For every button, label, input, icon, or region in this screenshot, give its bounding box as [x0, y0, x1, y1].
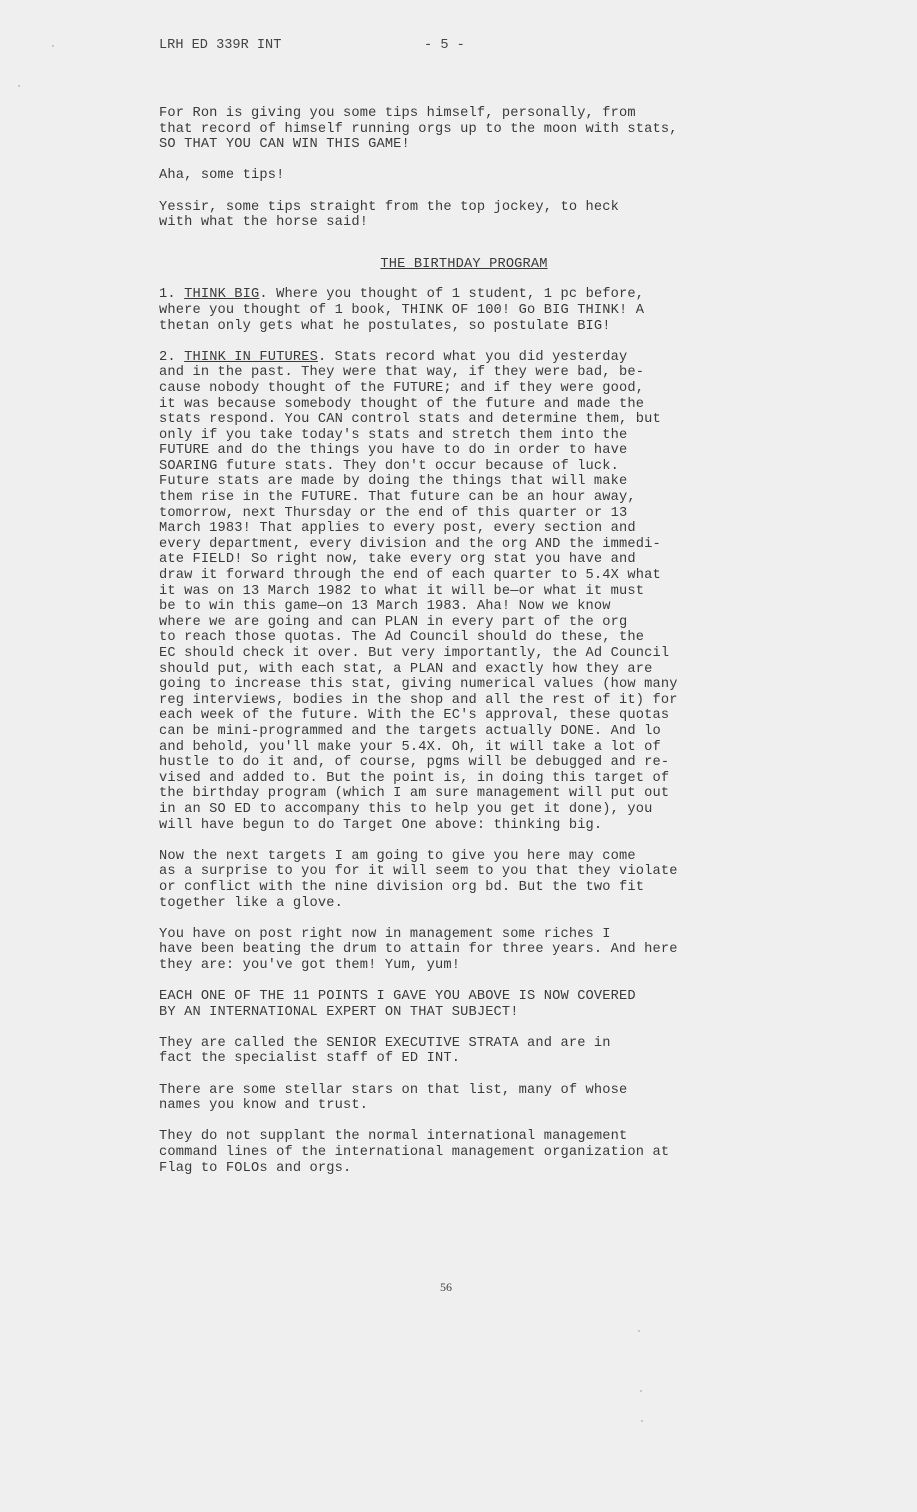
paragraph-eleven-points: EACH ONE OF THE 11 POINTS I GAVE YOU ABO…	[159, 989, 769, 1020]
paragraph-riches: You have on post right now in management…	[159, 927, 769, 974]
scan-speck	[638, 1330, 640, 1332]
scan-speck	[640, 1390, 642, 1392]
paragraph-stellar-stars: There are some stellar stars on that lis…	[159, 1083, 769, 1114]
scan-speck	[18, 85, 20, 87]
item-number: 2.	[159, 350, 176, 365]
paragraph-command-lines: They do not supplant the normal internat…	[159, 1129, 769, 1176]
item-heading: THINK IN FUTURES	[184, 350, 318, 365]
numbered-item-1: 1. THINK BIG. Where you thought of 1 stu…	[159, 287, 769, 334]
paragraph-senior-strata: They are called the SENIOR EXECUTIVE STR…	[159, 1036, 769, 1067]
paragraph-aha: Aha, some tips!	[159, 168, 769, 184]
scan-speck	[641, 1420, 643, 1422]
numbered-item-2: 2. THINK IN FUTURES. Stats record what y…	[159, 350, 769, 833]
document-body: For Ron is giving you some tips himself,…	[159, 106, 769, 1192]
item-number: 1.	[159, 287, 176, 302]
section-title: THE BIRTHDAY PROGRAM	[159, 257, 769, 273]
paragraph-intro: For Ron is giving you some tips himself,…	[159, 106, 769, 153]
scan-speck	[52, 45, 54, 47]
item-heading: THINK BIG	[184, 287, 259, 302]
page-number: 56	[440, 1280, 452, 1295]
document-page: LRH ED 339R INT - 5 - For Ron is giving …	[0, 0, 917, 1512]
item-text: . Stats record what you did yesterday an…	[159, 350, 678, 833]
page-header: LRH ED 339R INT - 5 -	[159, 38, 281, 53]
page-marker: - 5 -	[424, 38, 465, 53]
paragraph-yessir: Yessir, some tips straight from the top …	[159, 200, 769, 231]
document-id: LRH ED 339R INT	[159, 38, 281, 53]
paragraph-next-targets: Now the next targets I am going to give …	[159, 849, 769, 911]
